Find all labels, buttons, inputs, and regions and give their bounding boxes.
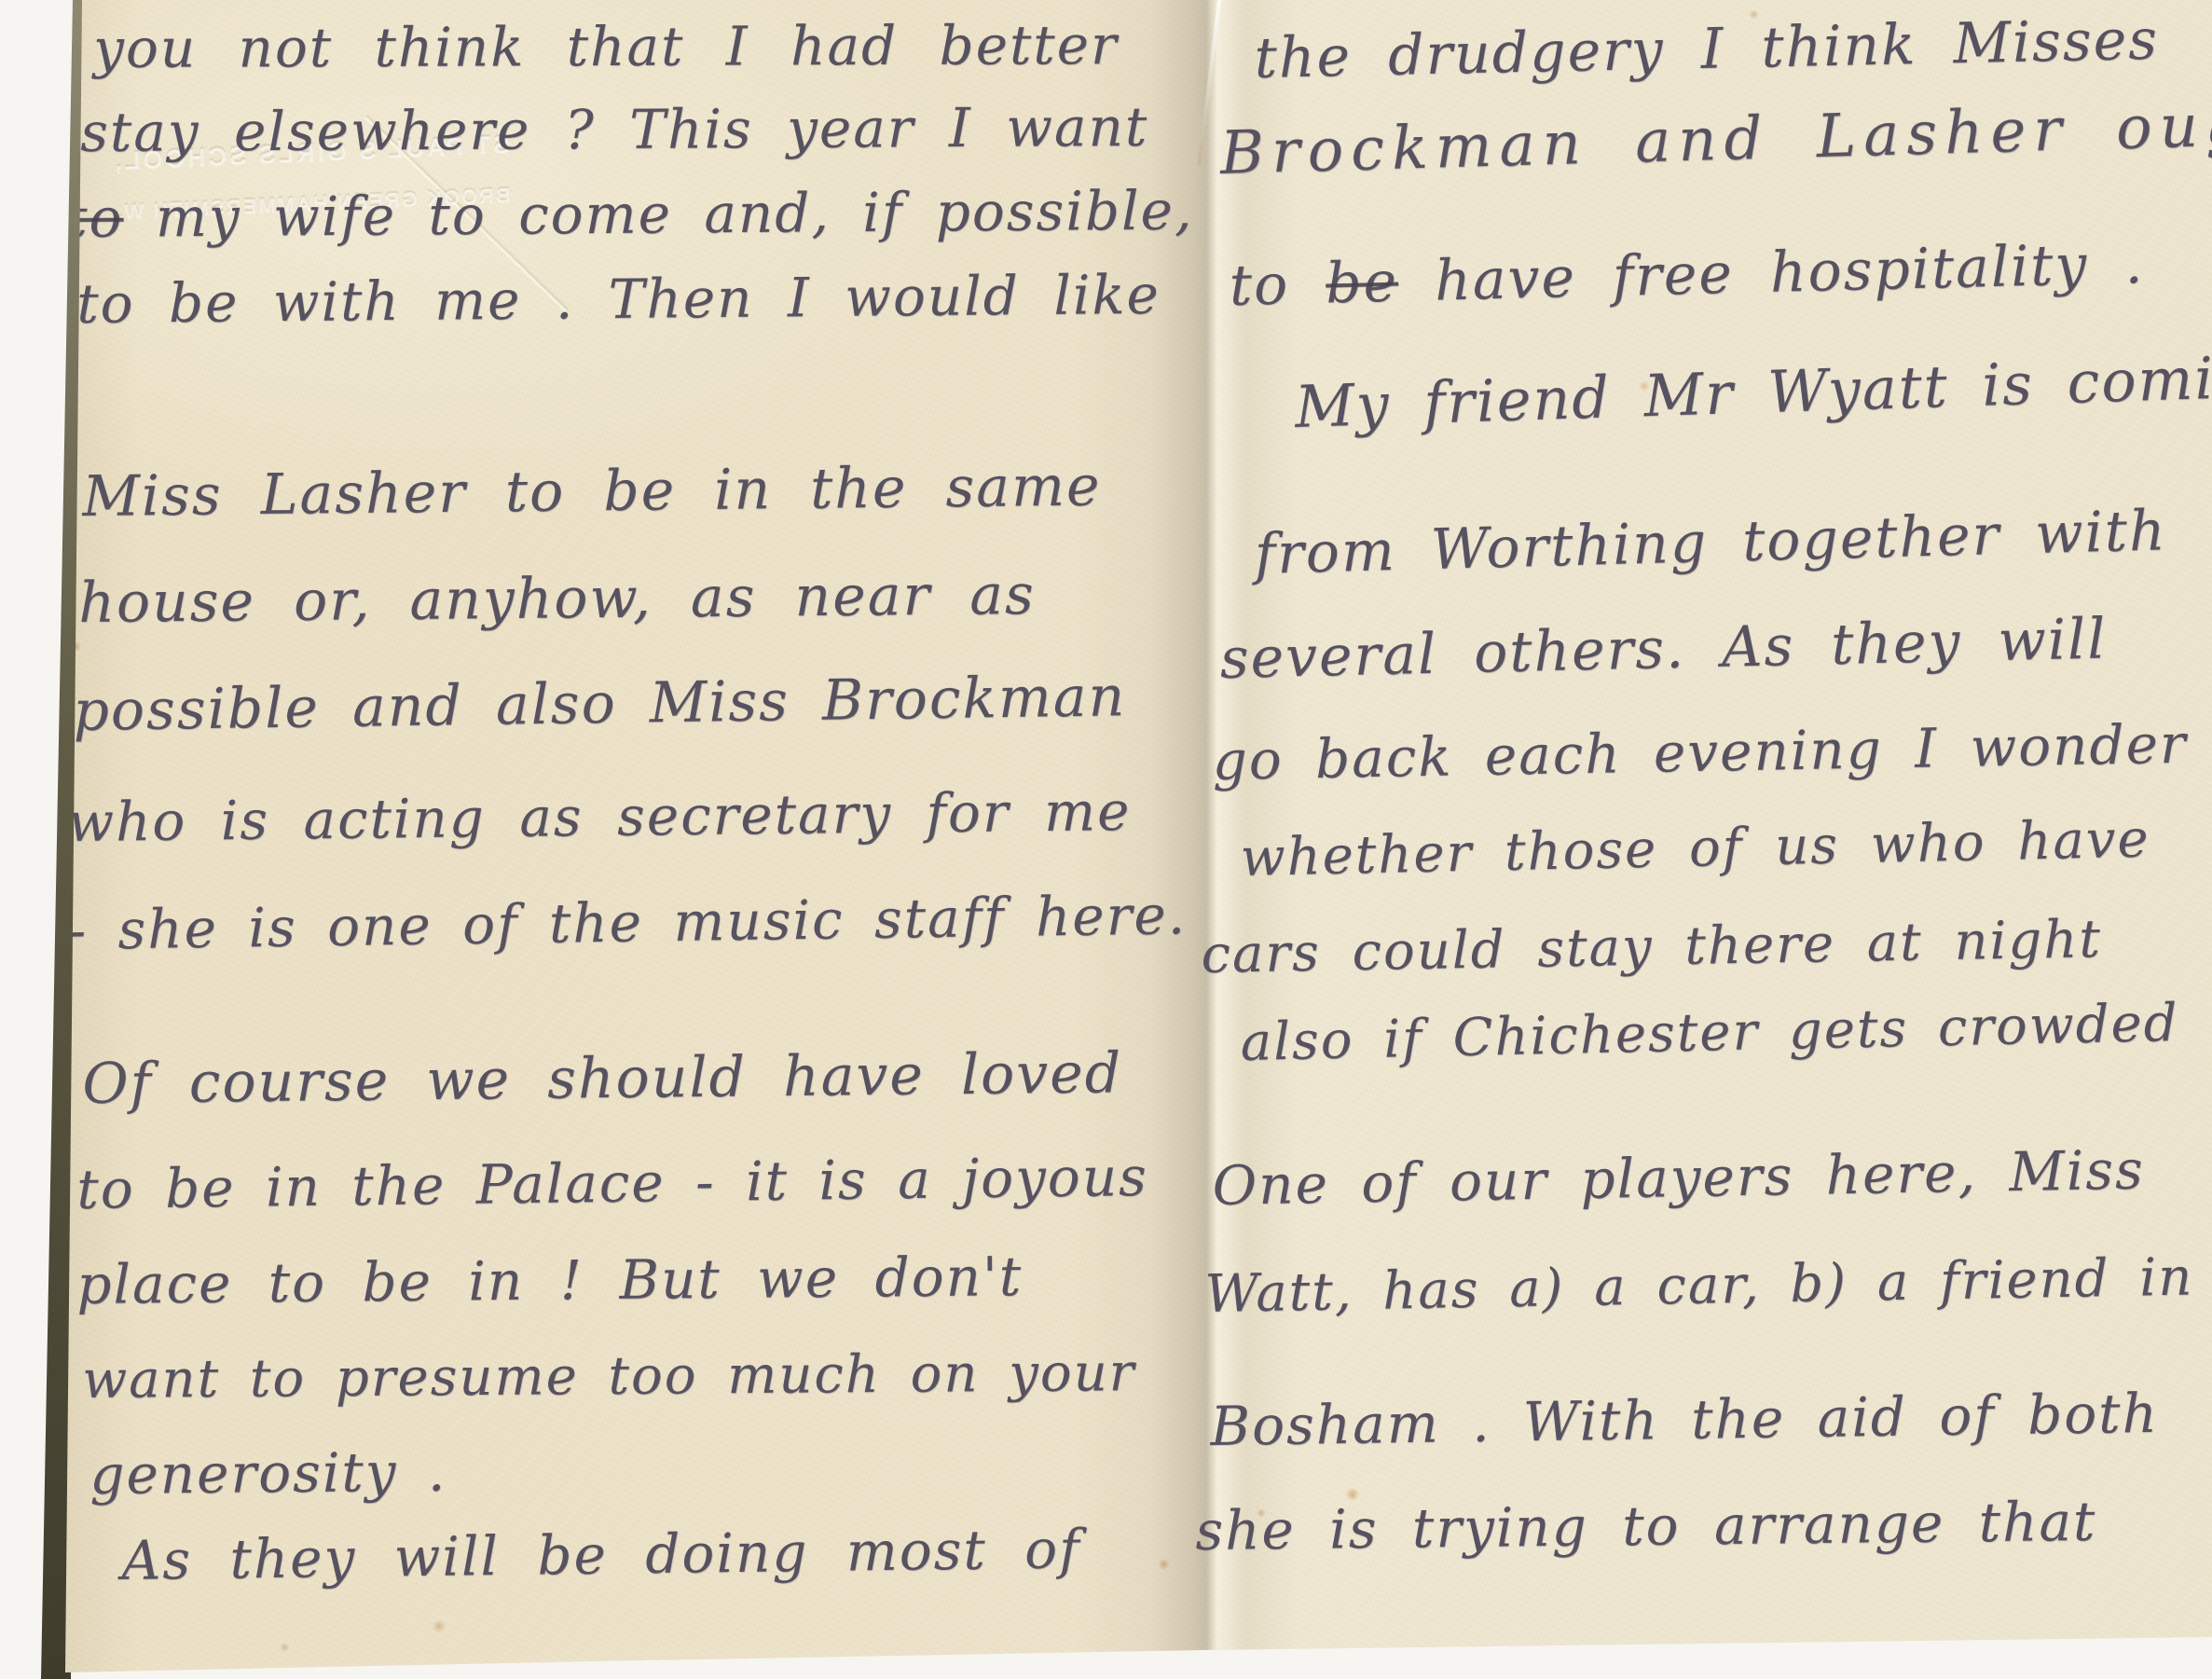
letter-line: Bosham . With the aid of both: [1210, 1382, 2159, 1458]
letter-line: also if Chichester gets crowded: [1240, 993, 2179, 1073]
text-run: to: [1229, 251, 1326, 319]
text-run: the drudgery I think Misses: [1254, 7, 2160, 91]
text-run: also if Chichester gets crowded: [1240, 993, 2179, 1073]
text-run: she is trying to arrange that: [1195, 1490, 2097, 1562]
letter-line: Brockman and Lasher ought: [1219, 89, 2212, 188]
letter-line: to be have free hospitality .: [1229, 231, 2145, 319]
text-run: from Worthing together with: [1254, 498, 2167, 587]
text-run: Brockman and Lasher ought: [1219, 89, 2212, 188]
text-run: My friend Mr Wyatt is coming: [1294, 341, 2212, 441]
letter-line: the drudgery I think Misses: [1254, 7, 2160, 91]
letter-scan: ST PAUL'S GIRLS SCHOOL, BROOK GREEN HAMM…: [0, 0, 2212, 1679]
text-run: cars could stay there at night: [1201, 909, 2102, 985]
letter-line: she is trying to arrange that: [1195, 1490, 2097, 1562]
letter-line: from Worthing together with: [1254, 498, 2167, 587]
text-run: several others. As they will: [1219, 606, 2108, 692]
text-run: Bosham . With the aid of both: [1210, 1382, 2159, 1458]
letter-line: My friend Mr Wyatt is coming: [1294, 341, 2212, 441]
letter-line: several others. As they will: [1219, 606, 2108, 692]
text-run: have free hospitality .: [1397, 231, 2145, 315]
letter-line: One of our players here, Miss: [1212, 1138, 2145, 1218]
letter-line: whether those of us who have: [1240, 809, 2150, 888]
text-run: Watt, has a) a car, b) a friend in: [1204, 1246, 2194, 1325]
letter-line: go back each evening I wonder: [1212, 712, 2188, 792]
text-run: One of our players here, Miss: [1212, 1138, 2145, 1218]
letter-page-right: the drudgery I think MissesBrockman and …: [0, 0, 2212, 1679]
letter-paper: ST PAUL'S GIRLS SCHOOL, BROOK GREEN HAMM…: [0, 0, 2212, 1679]
text-run: go back each evening I wonder: [1212, 712, 2188, 792]
letter-line: cars could stay there at night: [1201, 909, 2102, 985]
text-run: whether those of us who have: [1240, 809, 2150, 888]
struck-word: be: [1325, 250, 1399, 317]
letter-line: Watt, has a) a car, b) a friend in: [1204, 1246, 2194, 1325]
